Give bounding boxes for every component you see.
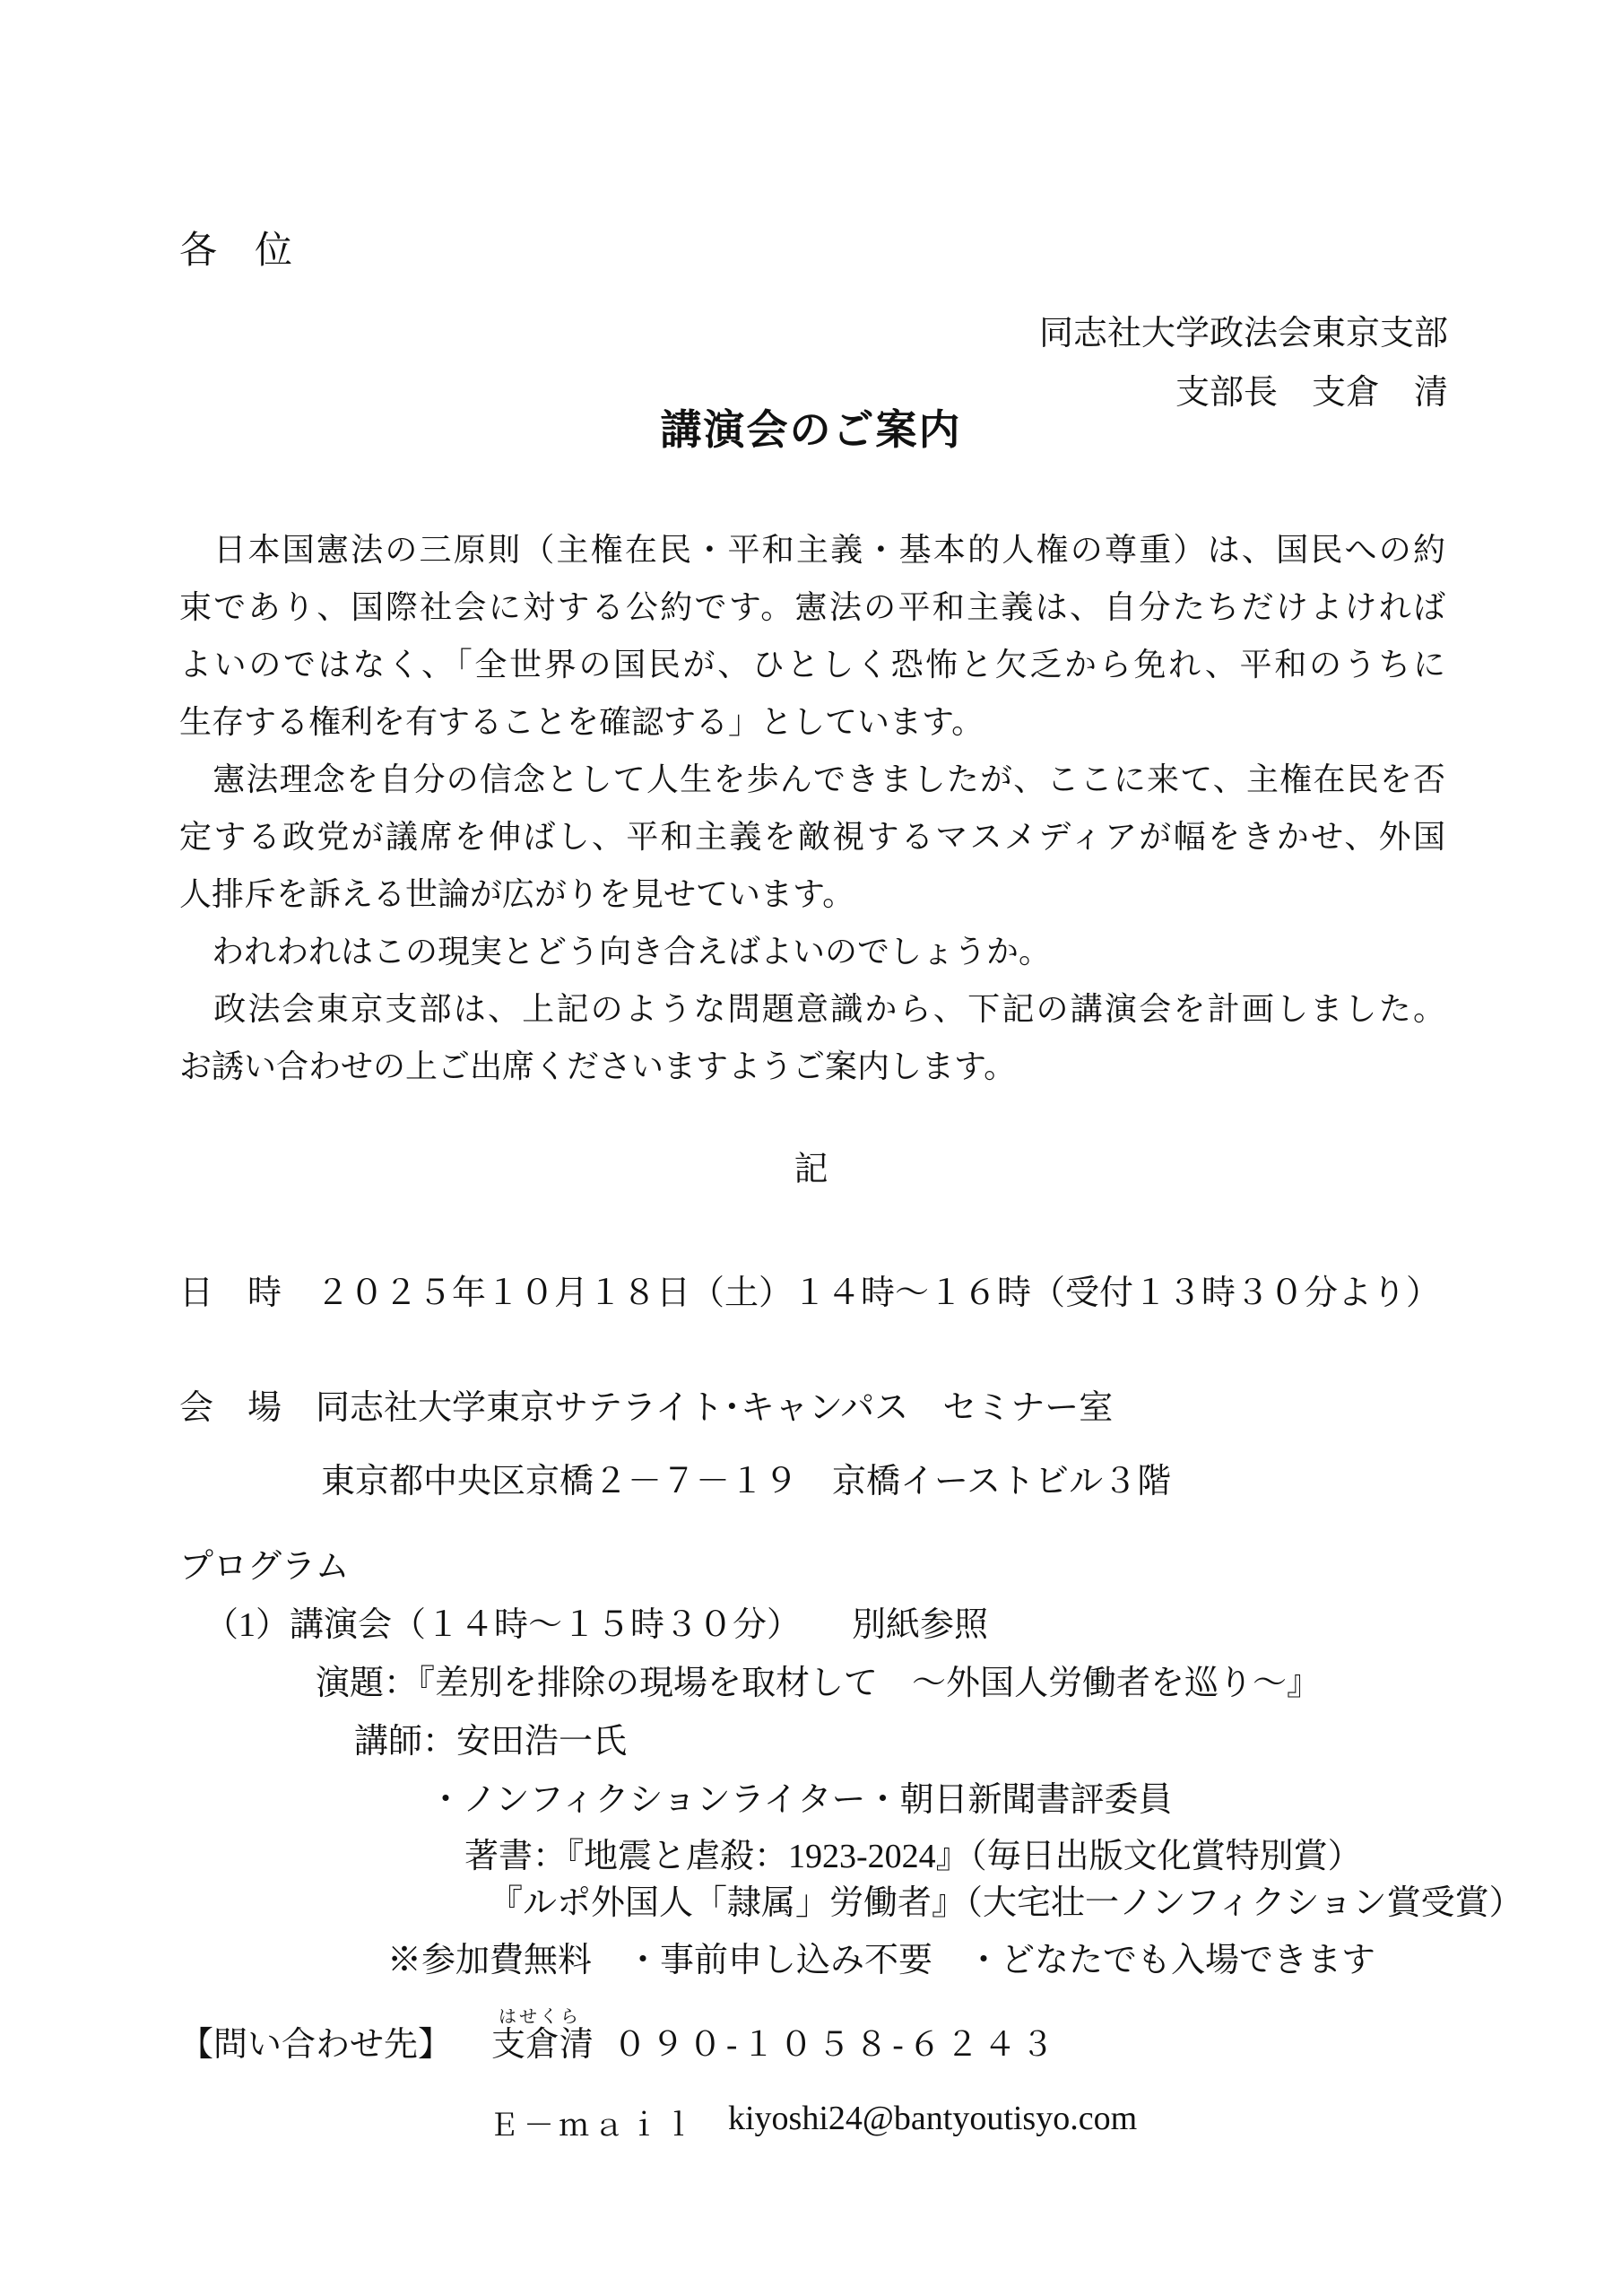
program-topic: 演題：『差別を排除の現場を取材して ～外国人労働者を巡り～』 [316, 1664, 1321, 1705]
contact-name-ruby: はせくら [499, 2002, 581, 2028]
body-line: 生存する権利を有することを確認する」としています。 [179, 701, 1445, 743]
contact-name: 支倉清 [491, 2026, 594, 2064]
sender-organization: 同志社大学政法会東京支部 [0, 314, 1448, 355]
venue-line: 会 場 同志社大学東京サテライト･キャンパス セミナー室 [179, 1388, 1113, 1430]
document-page: 各 位 同志社大学政法会東京支部 支部長 支倉 清 講演会のご案内 日本国憲法の… [0, 0, 1622, 2296]
body-line: 憲法理念を自分の信念として人生を歩んできましたが、ここに来て、主権在民を否 [179, 759, 1445, 800]
body-line: お誘い合わせの上ご出席くださいますようご案内します。 [179, 1046, 1445, 1087]
recipient: 各 位 [179, 229, 292, 274]
record-marker: 記 [0, 1150, 1622, 1191]
program-speaker-title: ・ノンフィクションライター・朝日新聞書評委員 [429, 1780, 1173, 1822]
body-line: 定する政党が議席を伸ばし、平和主義を敵視するマスメディアが幅をきかせ、外国 [179, 816, 1445, 857]
email-address: kiyoshi24@bantyoutisyo.com [728, 2099, 1137, 2138]
program-book-1: 著書：『地震と虐殺：1923-2024』（毎日出版文化賞特別賞） [464, 1837, 1362, 1878]
program-book-2: 『ルポ外国人「隷属」労働者』（大宅壮一ノンフィクション賞受賞） [489, 1883, 1523, 1925]
contact-phone: ０９０-１０５８-６２４３ [613, 2027, 1059, 2064]
body-line: われわれはこの現実とどう向き合えばよいのでしょうか。 [179, 931, 1445, 972]
program-speaker: 講師：安田浩一氏 [354, 1722, 627, 1763]
program-heading: プログラム [179, 1547, 350, 1588]
body-line: 日本国憲法の三原則（主権在民・平和主義・基本的人権の尊重）は、国民への約 [179, 529, 1445, 570]
venue-address: 東京都中央区京橋２－７－１９ 京橋イーストビル３階 [321, 1462, 1171, 1503]
datetime-line: 日 時 ２０２５年１０月１８日（土）１４時～１６時（受付１３時３０分より） [179, 1274, 1440, 1315]
contact-label: 【問い合わせ先】 [179, 2026, 452, 2064]
program-note: ※参加費無料 ・事前申し込み不要 ・どなたでも入場できます [387, 1941, 1375, 1982]
body-line: 人排斥を訴える世論が広がりを見せています。 [179, 874, 1445, 915]
body-line: 束であり、国際社会に対する公約です。憲法の平和主義は、自分たちだけよければ [179, 587, 1445, 628]
program-lecture: （1）講演会（１４時～１５時３０分） 別紙参照 [204, 1605, 988, 1647]
email-label: Ｅ－ｍａｉｌ [489, 2100, 698, 2144]
body-line: 政法会東京支部は、上記のような問題意識から、下記の講演会を計画しました。 [179, 988, 1445, 1030]
contact-line: 【問い合わせ先】支倉清０９０-１０５８-６２４３ [179, 2025, 1059, 2066]
body-line: よいのではなく、「全世界の国民が、ひとしく恐怖と欠乏から免れ、平和のうちに [179, 644, 1445, 685]
page-title: 講演会のご案内 [0, 405, 1622, 455]
